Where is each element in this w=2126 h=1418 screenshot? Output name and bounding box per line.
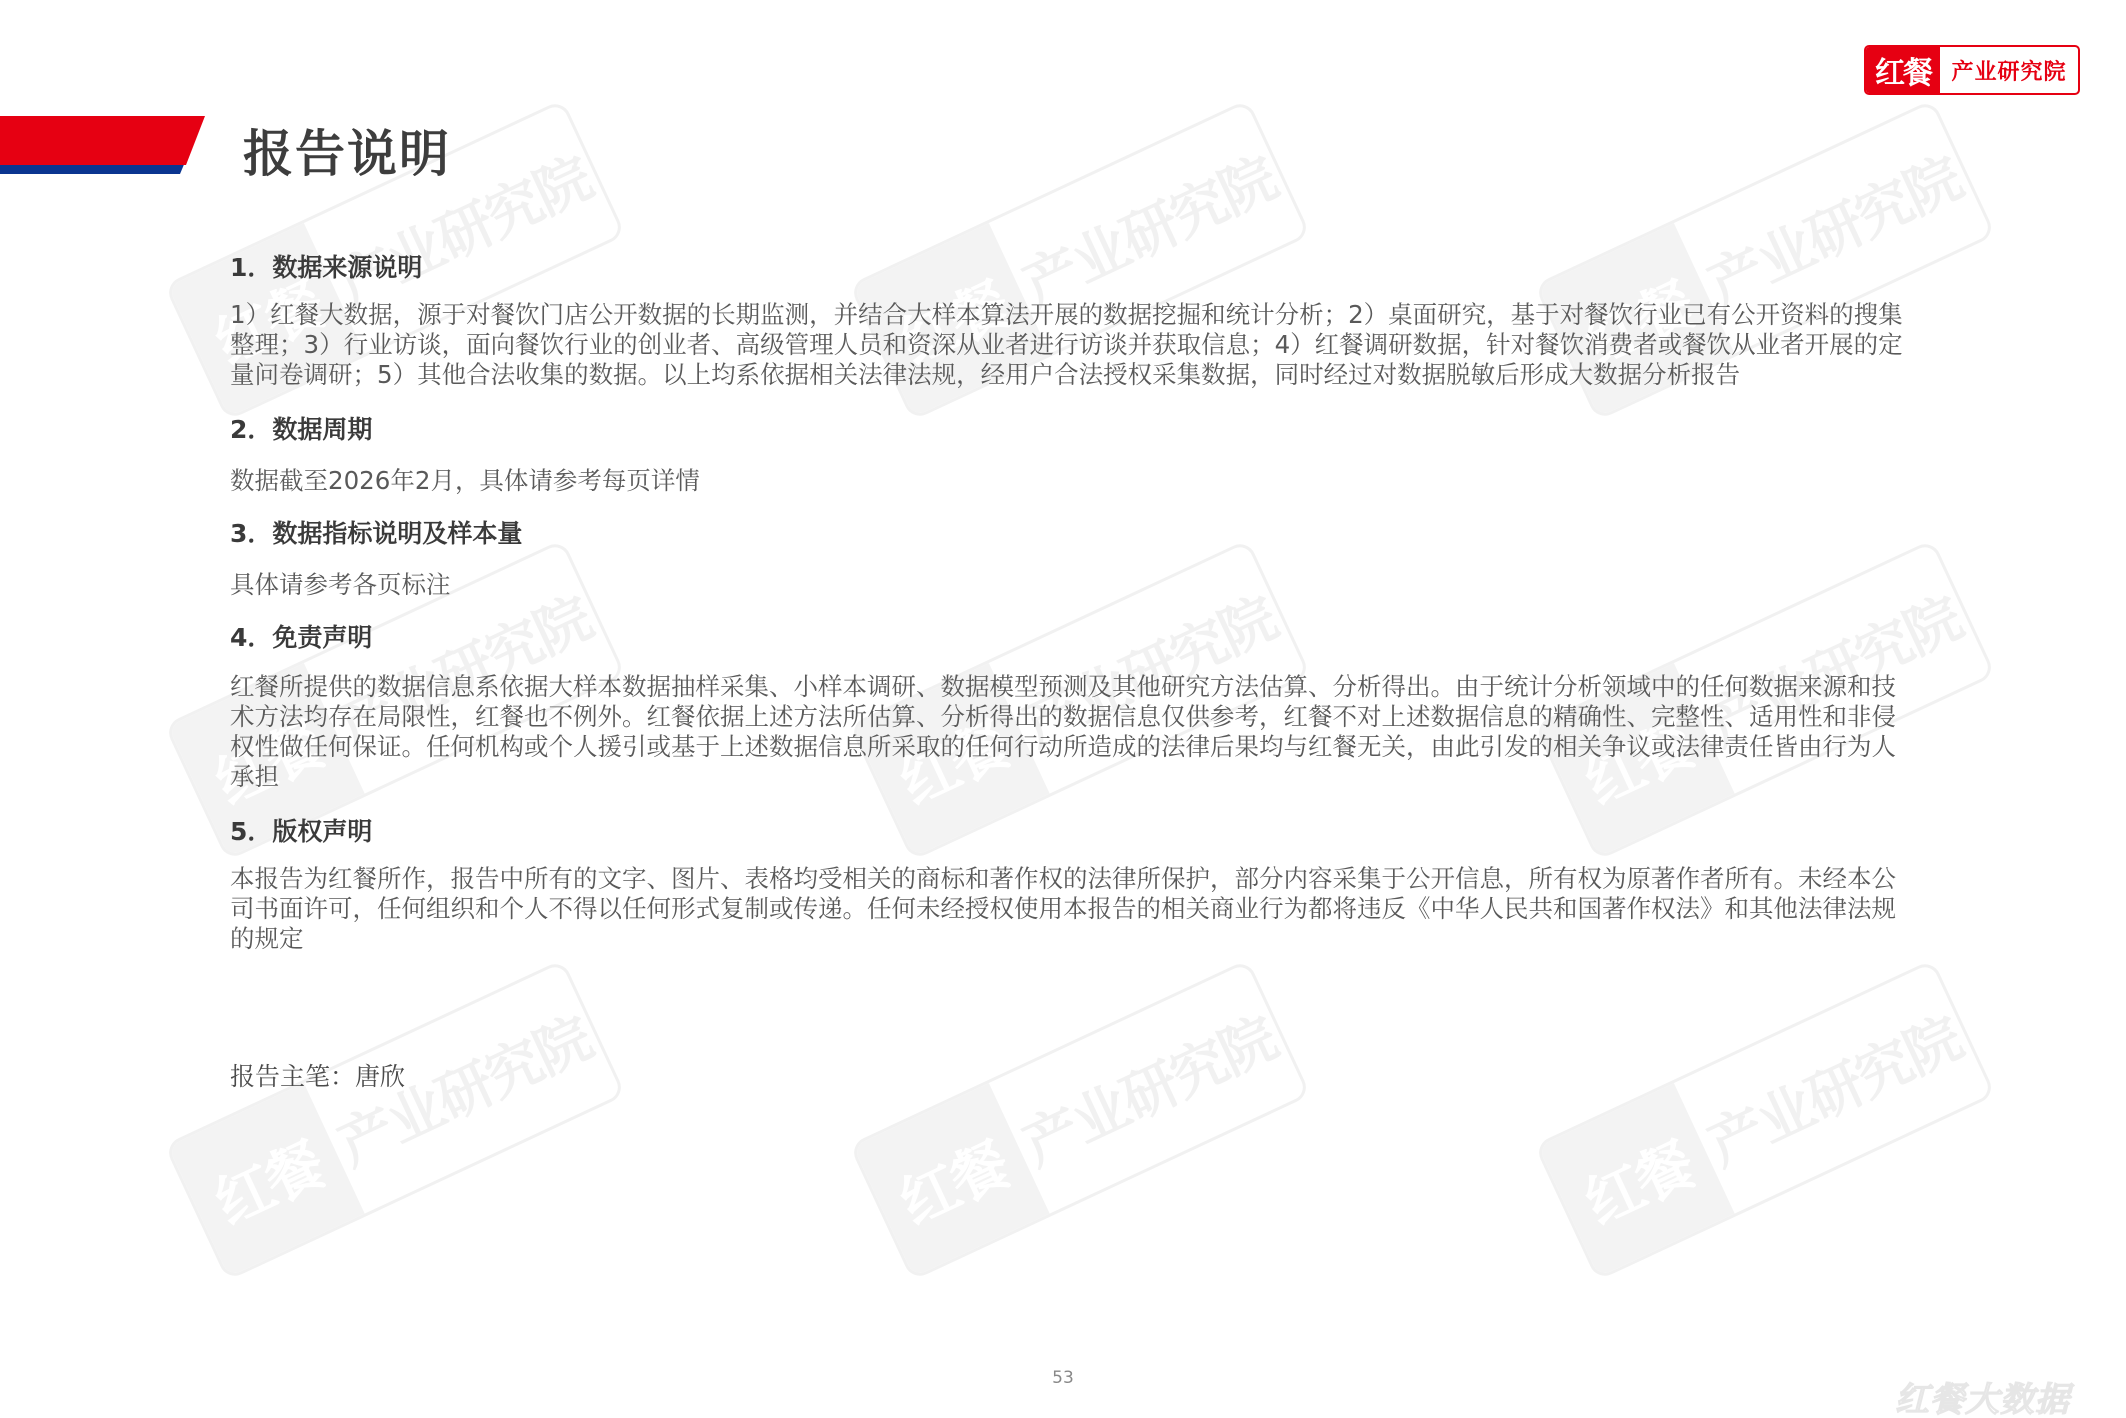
- watermark: 红餐 产业研究院: [849, 959, 1311, 1281]
- section-disclaimer: 4．免责声明 红餐所提供的数据信息系依据大样本数据抽样采集、小样本调研、数据模型…: [230, 620, 1915, 792]
- watermark-text: 产业研究院: [989, 963, 1307, 1214]
- section-data-source: 1．数据来源说明 1）红餐大数据，源于对餐饮门店公开数据的长期监测，并结合大样本…: [230, 250, 1915, 390]
- section-body: 具体请参考各页标注: [230, 570, 1915, 600]
- report-notes: 1．数据来源说明 1）红餐大数据，源于对餐饮门店公开数据的长期监测，并结合大样本…: [230, 250, 1915, 954]
- section-data-period: 2．数据周期 数据截至2026年2月，具体请参考每页详情: [230, 412, 1915, 496]
- brand-logo: 红餐 产业研究院: [1864, 45, 2080, 95]
- watermark: 红餐 产业研究院: [1534, 959, 1996, 1281]
- section-metrics: 3．数据指标说明及样本量 具体请参考各页标注: [230, 516, 1915, 600]
- logo-text: 产业研究院: [1940, 47, 2078, 93]
- section-copyright: 5．版权声明 本报告为红餐所作，报告中所有的文字、图片、表格均受相关的商标和著作…: [230, 814, 1915, 954]
- logo-brand-block: 红餐: [1866, 47, 1940, 93]
- watermark: 红餐 产业研究院: [164, 959, 626, 1281]
- section-body: 本报告为红餐所作，报告中所有的文字、图片、表格均受相关的商标和著作权的法律所保护…: [230, 864, 1915, 954]
- watermark-text: 产业研究院: [1674, 963, 1992, 1214]
- page-title: 报告说明: [243, 124, 451, 184]
- section-body: 数据截至2026年2月，具体请参考每页详情: [230, 466, 1915, 496]
- section-heading: 5．版权声明: [230, 814, 1915, 850]
- section-body: 1）红餐大数据，源于对餐饮门店公开数据的长期监测，并结合大样本算法开展的数据挖掘…: [230, 300, 1915, 390]
- page-number: 53: [0, 1368, 2126, 1388]
- title-accent-bar-icon: [0, 116, 210, 176]
- watermark-brand: 红餐: [1538, 1083, 1735, 1277]
- section-heading: 1．数据来源说明: [230, 250, 1915, 286]
- watermark-brand: 红餐: [853, 1083, 1050, 1277]
- section-body: 红餐所提供的数据信息系依据大样本数据抽样采集、小样本调研、数据模型预测及其他研究…: [230, 672, 1915, 792]
- section-heading: 3．数据指标说明及样本量: [230, 516, 1915, 552]
- report-author: 报告主笔：唐欣: [230, 1060, 405, 1094]
- watermark-brand: 红餐: [168, 1083, 365, 1277]
- footer-brand-logo: 红餐大数据: [1895, 1372, 2070, 1418]
- section-heading: 4．免责声明: [230, 620, 1915, 656]
- section-heading: 2．数据周期: [230, 412, 1915, 448]
